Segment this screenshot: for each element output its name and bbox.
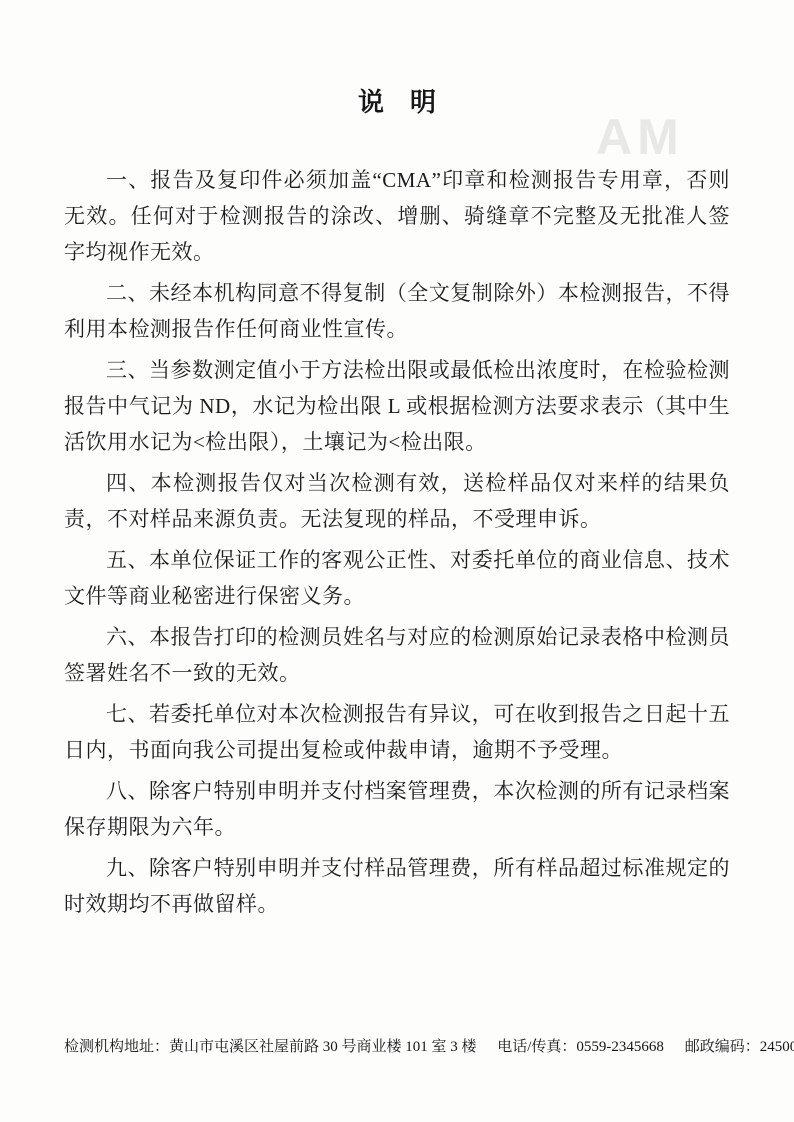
footer-postal-code: 邮政编码：245000 (685, 1039, 794, 1055)
page-footer: 检测机构地址：黄山市屯溪区社屋前路 30 号商业楼 101 室 3 楼 电话/传… (64, 1036, 736, 1058)
note-paragraph-5: 五、本单位保证工作的客观公正性、对委托单位的商业信息、技术文件等商业秘密进行保密… (64, 542, 730, 614)
page-title: 说 明 (64, 88, 730, 118)
footer-phone-fax: 电话/传真：0559-2345668 (497, 1039, 664, 1055)
document-body: 说 明 一、报告及复印件必须加盖“CMA”印章和检测报告专用章，否则无效。任何对… (64, 88, 730, 927)
note-paragraph-9: 九、除客户特别申明并支付样品管理费，所有样品超过标准规定的时效期均不再做留样。 (64, 850, 730, 922)
note-paragraph-6: 六、本报告打印的检测员姓名与对应的检测原始记录表格中检测员签署姓名不一致的无效。 (64, 619, 730, 691)
note-paragraph-4: 四、本检测报告仅对当次检测有效，送检样品仅对来样的结果负责，不对样品来源负责。无… (64, 465, 730, 537)
note-paragraph-2: 二、未经本机构同意不得复制（全文复制除外）本检测报告，不得利用本检测报告作任何商… (64, 275, 730, 347)
note-paragraph-7: 七、若委托单位对本次检测报告有异议，可在收到报告之日起十五日内，书面向我公司提出… (64, 696, 730, 768)
document-page: AM 说 明 一、报告及复印件必须加盖“CMA”印章和检测报告专用章，否则无效。… (0, 0, 794, 1122)
note-paragraph-8: 八、除客户特别申明并支付档案管理费，本次检测的所有记录档案保存期限为六年。 (64, 773, 730, 845)
note-paragraph-1: 一、报告及复印件必须加盖“CMA”印章和检测报告专用章，否则无效。任何对于检测报… (64, 162, 730, 270)
footer-address: 检测机构地址：黄山市屯溪区社屋前路 30 号商业楼 101 室 3 楼 (64, 1039, 477, 1055)
note-paragraph-3: 三、当参数测定值小于方法检出限或最低检出浓度时，在检验检测报告中气记为 ND，水… (64, 352, 730, 460)
